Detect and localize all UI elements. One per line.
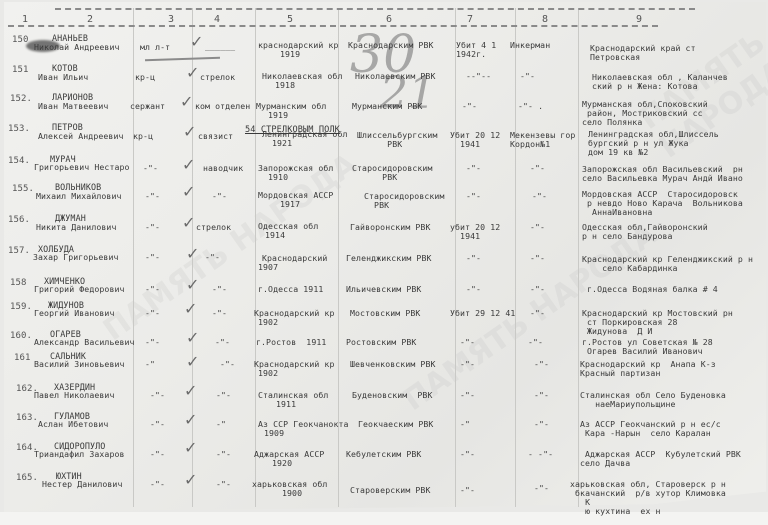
relatives-address: Краснодарский край ст Петровская [590, 44, 696, 62]
fate: -"- [460, 360, 475, 369]
column-divider [338, 8, 339, 507]
check-mark-icon: ✓ [183, 124, 196, 140]
position: -" [216, 420, 226, 429]
given-name: Василий Зиновьевич [34, 360, 125, 369]
burial-place: -"- [532, 192, 547, 201]
birth-place: г.Ростов 1911 [256, 338, 326, 347]
military-office: Буденовским РВК [352, 391, 432, 400]
birth-year: 1917 [280, 200, 300, 209]
birth-year: 1918 [275, 81, 295, 90]
relatives-address: Мордовская АССР Старосидоровск р невдо Н… [582, 190, 743, 217]
birth-place: г.Одесса 1911 [258, 285, 323, 294]
given-name: Николай Андреевич [34, 43, 120, 52]
check-mark-icon: ✓ [186, 65, 199, 81]
given-name: Иван Ильич [38, 73, 88, 82]
burial-place: Мекензевы гор Кордон№1 [510, 131, 575, 149]
rank: -" [145, 360, 155, 369]
given-name: Георгий Иванович [34, 309, 114, 318]
record-number: 163. [16, 414, 38, 423]
burial-place: -"- [530, 223, 545, 232]
birth-year: 1910 [268, 173, 288, 182]
given-name: Аслан Ибетович [38, 420, 108, 429]
rank: -"- [145, 338, 160, 347]
burial-place: -"- . [518, 102, 543, 111]
military-office: Староверским РВК [350, 486, 430, 495]
record-number: 158 [10, 279, 27, 288]
given-name: Никита Данилович [36, 223, 116, 232]
check-mark-icon: ✓ [180, 94, 193, 110]
military-office: Старосидоровским РВК [364, 192, 444, 210]
given-name: Иван Матвеевич [38, 102, 108, 111]
position: -"- [215, 338, 230, 347]
position: -"- [205, 253, 220, 262]
fate: -"- [460, 486, 475, 495]
birth-year: 1911 [276, 400, 296, 409]
relatives-address: Мурманская обл,Споковский район, Мострик… [582, 100, 708, 127]
burial-place: -"- [534, 484, 549, 493]
record-number: 165. [16, 474, 38, 483]
burial-place: -"- [530, 309, 545, 318]
military-office: Николаевским РВК [355, 72, 435, 81]
given-name: Триандафил Захаров [34, 450, 125, 459]
fate: -"- [460, 450, 475, 459]
check-mark-icon: ✓ [182, 184, 195, 200]
rank: -"- [150, 480, 165, 489]
fate: Убит 20 12 1941 [450, 131, 500, 149]
record-number: 160. [10, 332, 32, 341]
birth-year: 1909 [264, 429, 284, 438]
birth-year: 1919 [268, 111, 288, 120]
position: связист [198, 132, 233, 141]
position: -"- [212, 309, 227, 318]
record-number: 152. [10, 95, 32, 104]
burial-place: -"- [534, 360, 549, 369]
column-divider [255, 8, 256, 507]
check-mark-icon: ✓ [182, 157, 195, 173]
column-header: 1 [22, 14, 28, 25]
column-header: 7 [467, 14, 473, 25]
relatives-address: Краснодарский кр Анапа К-з Красный парти… [580, 360, 716, 378]
column-divider [133, 8, 134, 507]
relatives-address: г.Одесса Водяная балка # 4 [582, 285, 718, 294]
burial-place: Инкерман [510, 41, 550, 50]
burial-place: -"- [530, 285, 545, 294]
military-office: Гайворонским РВК [350, 223, 430, 232]
check-mark-icon: ✓ [186, 354, 199, 370]
column-header: 9 [636, 14, 642, 25]
position: стрелок [200, 73, 235, 82]
position: -"- [212, 192, 227, 201]
column-header: 3 [168, 14, 174, 25]
birth-year: 1902 [258, 369, 278, 378]
position: наводчик [203, 164, 243, 173]
birth-year: 1921 [272, 139, 292, 148]
check-mark-icon: ✓ [184, 472, 197, 488]
burial-place: -"- [520, 72, 535, 81]
rank: кр-ц [135, 73, 155, 82]
column-header: 4 [214, 14, 220, 25]
column-header: 6 [386, 14, 392, 25]
birth-year: 1914 [265, 231, 285, 240]
burial-place: -"- [534, 391, 549, 400]
given-name: Павел Николаевич [34, 391, 114, 400]
check-mark-icon: ✓ [186, 330, 199, 346]
relatives-address: Николаевская обл , Каланчев ский р н Жен… [592, 73, 728, 91]
relatives-address: Краснодарский кр Геленджикский р н село … [582, 255, 753, 273]
military-office: Шевченковским РВК [350, 360, 436, 369]
check-mark-icon: ✓ [184, 383, 197, 399]
burial-place: -"- [534, 420, 549, 429]
military-office: Старосидоровским РВК [352, 164, 432, 182]
given-name: Михаил Михайлович [36, 192, 122, 201]
record-number: 156. [8, 216, 30, 225]
check-mark-icon: ✓ [190, 34, 203, 50]
column-divider [578, 8, 579, 507]
record-number: 159. [10, 303, 32, 312]
relatives-address: Сталинская обл Село Буденовка наеМариупо… [580, 391, 726, 409]
relatives-address: Краснодарский кр Мостовский рн ст Поркир… [582, 309, 733, 336]
given-name: Захар Григорьевич [33, 253, 119, 262]
given-name: Александр Васильевич [34, 338, 135, 347]
rank: -"- [143, 164, 158, 173]
position: -"- [216, 480, 231, 489]
given-name: Григорьевич Нестаро [34, 163, 130, 172]
fate: Убит 4 1 1942г. [456, 41, 496, 59]
fate: -"- [460, 391, 475, 400]
relatives-address: Аз АССР Геокчанский р н ес/с Кара -Нарын… [580, 420, 721, 438]
rank: -"- [145, 223, 160, 232]
record-number: 154. [8, 157, 30, 166]
record-number: 155. [12, 185, 34, 194]
military-office: Геокчаеским РВК [358, 420, 433, 429]
burial-place: -"- [528, 338, 543, 347]
military-office: Мостовским РВК [350, 309, 420, 318]
position: стрелок [196, 223, 231, 232]
fate: Убит 29 12 41 [450, 309, 515, 318]
check-mark-icon: ✓ [186, 246, 199, 262]
rank: -"- [150, 450, 165, 459]
relatives-address: Одесская обл,Гайворонский р н село Банду… [582, 223, 708, 241]
military-office: Ростовским РВК [346, 338, 416, 347]
birth-year: 1920 [272, 459, 292, 468]
birth-year: 1919 [280, 50, 300, 59]
birth-year: 1902 [258, 318, 278, 327]
relatives-address: харьковская обл, Староверск р н бкачанск… [570, 480, 726, 516]
rank: кр-ц [133, 132, 153, 141]
position: -"- [212, 285, 227, 294]
rank: мл л-т [140, 43, 170, 52]
position: -"- [220, 360, 235, 369]
rank: -"- [145, 285, 160, 294]
check-mark-icon: ✓ [186, 277, 199, 293]
position: -"- [216, 450, 231, 459]
position: ______ [205, 42, 235, 51]
fate: -"- [466, 285, 481, 294]
military-office: Шлиссельбургским РВК [357, 131, 437, 149]
header-rule-top [55, 8, 695, 10]
position: -"- [216, 391, 231, 400]
rank: -"- [150, 391, 165, 400]
rank: -"- [145, 192, 160, 201]
rank: -"- [145, 309, 160, 318]
fate: -"- [462, 102, 477, 111]
rank: сержант [130, 102, 165, 111]
record-number: 161 [14, 354, 31, 363]
burial-place: -"- [530, 164, 545, 173]
fate: убит 20 12 1941 [450, 223, 500, 241]
check-mark-icon: ✓ [184, 412, 197, 428]
record-number: 151 [12, 66, 29, 75]
relatives-address: Запорожская обл Васильевский рн село Вас… [582, 165, 743, 183]
fate: -"- [466, 192, 481, 201]
military-office: Геленджикским РВК [346, 254, 432, 263]
fate: -"- [460, 338, 475, 347]
fate: --"-- [466, 72, 491, 81]
given-name: Алексей Андреевич [38, 132, 124, 141]
check-mark-icon: ✓ [184, 440, 197, 456]
column-divider [515, 8, 516, 507]
given-name: Григорий Федорович [34, 285, 125, 294]
column-header: 8 [542, 14, 548, 25]
burial-place: -"- [530, 254, 545, 263]
header-rule-bottom [8, 25, 658, 27]
check-mark-icon: ✓ [184, 301, 197, 317]
military-office: Ильичевским РВК [346, 285, 421, 294]
relatives-address: Аджарская АССР Кубулетский РВК село Дачв… [580, 450, 741, 468]
given-name: Нестер Данилович [42, 480, 122, 489]
birth-year: 1907 [258, 263, 278, 272]
record-number: 157. [8, 247, 30, 256]
column-divider [455, 8, 456, 507]
relatives-address: г.Ростов ул Советская № 28 Огарев Васили… [582, 338, 713, 356]
military-office: Кебулетским РВК [346, 450, 421, 459]
position: ком отделен [195, 102, 250, 111]
rank: -"- [150, 420, 165, 429]
fate: -"- [466, 164, 481, 173]
column-header: 2 [87, 14, 93, 25]
burial-place: - -"- [528, 450, 553, 459]
check-mark-icon: ✓ [182, 215, 195, 231]
fate: -"- [466, 254, 481, 263]
military-office: Краснодарским РВК [348, 41, 434, 50]
military-office: Мурманским РВК [352, 102, 422, 111]
birth-place: Мурманским обл [256, 102, 326, 111]
fate: -" [460, 420, 470, 429]
column-header: 5 [287, 14, 293, 25]
record-number: 153. [8, 125, 30, 134]
birth-year: 1900 [282, 489, 302, 498]
record-number: 150 [12, 36, 29, 45]
relatives-address: Ленинградская обл,Шлиссель бургский р н … [588, 130, 719, 157]
rank: -"- [145, 253, 160, 262]
